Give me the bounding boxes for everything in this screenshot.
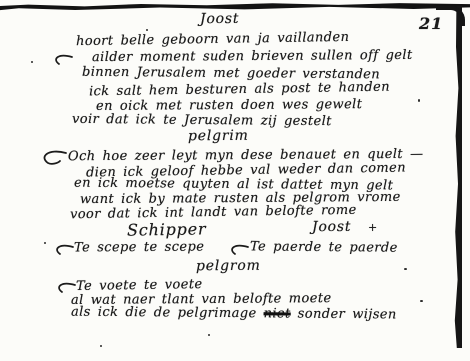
ink-speck <box>208 334 210 336</box>
verse-line: voir dat ick te Jerusalem zij gestelt <box>72 112 332 129</box>
speaker-heading-schipper: Schipper <box>127 219 207 239</box>
verse-line: ailder moment suden brieven sullen off g… <box>92 48 413 65</box>
verse-text: als ick die de pelgrimage <box>71 305 264 322</box>
ink-speck <box>100 345 102 347</box>
flourish-mark-large <box>38 150 68 166</box>
speaker-heading-pelgrim: pelgrim <box>188 128 249 144</box>
cross-mark: + <box>368 221 378 234</box>
ink-speck <box>146 29 148 31</box>
scan-top-border <box>0 2 470 11</box>
ink-speck <box>404 268 407 270</box>
ink-speck <box>420 300 423 302</box>
flourish-mark <box>50 54 74 66</box>
verse-text: sonder wijsen <box>291 306 397 322</box>
page-number: 21 <box>419 14 443 33</box>
speaker-heading-joost-2: Joost <box>312 219 351 235</box>
verse-line: en oick met rusten doen wes gewelt <box>96 97 362 114</box>
dialogue-line-joost: Te paerde te paerde <box>250 239 398 255</box>
ink-speck <box>31 61 33 63</box>
ink-speck <box>44 242 46 244</box>
manuscript-scan-page: 21 Joost hoort belle geboorn van ja vail… <box>0 0 470 361</box>
ink-speck <box>418 99 420 102</box>
dialogue-line-schipper: Te scepe te scepe <box>74 240 204 256</box>
verse-line: hoort belle geboorn van ja vaillanden <box>76 30 350 49</box>
flourish-mark <box>51 244 75 256</box>
speaker-heading-joost: Joost <box>200 11 239 27</box>
scan-right-border <box>454 6 462 348</box>
struck-out-word: niet <box>264 306 291 321</box>
verse-line-with-correction: als ick die de pelgrimage niet sonder wi… <box>71 305 397 323</box>
flourish-mark <box>226 244 250 256</box>
speaker-heading-pelgrom: pelgrom <box>196 258 261 274</box>
